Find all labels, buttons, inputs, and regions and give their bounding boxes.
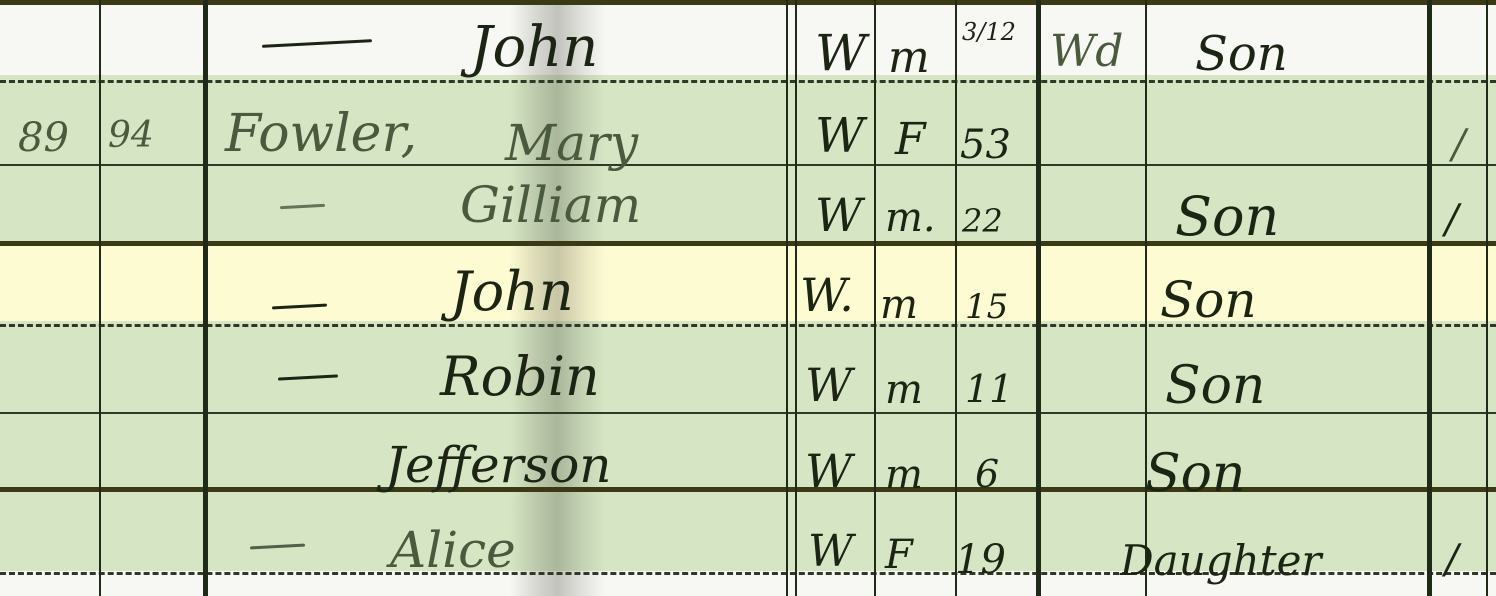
given-name: John [450, 265, 574, 319]
col-rule [99, 0, 101, 596]
col-rule-thick [1427, 0, 1432, 596]
relation: Son [1175, 190, 1279, 244]
tally-mark: / [1445, 540, 1458, 580]
ditto-mark [262, 39, 372, 48]
dwelling-number: 89 [18, 118, 69, 158]
age: 15 [965, 290, 1008, 324]
race: W [808, 530, 853, 574]
rule [0, 412, 1496, 414]
rule-thick [0, 487, 1496, 492]
sex: m. [885, 198, 936, 238]
col-rule [874, 0, 876, 596]
relation: Son [1145, 448, 1245, 500]
rule [0, 164, 1496, 166]
relation: Son [1165, 360, 1265, 412]
given-name: Alice [390, 525, 516, 575]
age: 22 [962, 205, 1003, 237]
tally-mark: / [1445, 200, 1458, 240]
rule-top [0, 0, 1496, 5]
selected-row-highlight [0, 245, 1496, 321]
marital: Wd [1050, 30, 1123, 74]
relation: Son [1160, 275, 1257, 325]
race: W [815, 192, 862, 238]
col-rule [795, 0, 797, 596]
col-rule-thick [1036, 0, 1041, 596]
family-number: 94 [108, 118, 154, 154]
census-page: John W m 3/12 Wd Son 89 94 Fowler, Mary … [0, 0, 1496, 596]
given-name: John [470, 20, 598, 76]
sex: m [885, 455, 923, 495]
sex: m [885, 370, 923, 410]
tally-mark: / [1452, 125, 1465, 165]
race: W [805, 448, 852, 494]
age: 53 [960, 125, 1011, 165]
given-name: Mary [505, 118, 638, 168]
sex: m [888, 36, 930, 80]
relation: Daughter [1120, 540, 1322, 582]
sex: F [885, 535, 913, 575]
age: 3/12 [962, 20, 1016, 44]
race: W [815, 28, 866, 78]
rule-dashed [0, 324, 1496, 327]
age: 19 [955, 540, 1006, 580]
col-rule [1145, 0, 1147, 596]
given-name: Robin [440, 350, 600, 404]
sex: m [880, 285, 918, 325]
given-name: Jefferson [385, 440, 612, 490]
surname: Fowler, [225, 108, 417, 160]
race: W [815, 112, 864, 160]
age: 6 [975, 455, 999, 493]
age: 11 [965, 370, 1013, 408]
family-highlight-bottom [0, 321, 1496, 571]
col-rule [1486, 0, 1488, 596]
col-rule [955, 0, 957, 596]
col-rule [786, 0, 788, 596]
col-rule-thick [203, 0, 208, 596]
race: W. [800, 272, 854, 318]
given-name: Gilliam [460, 180, 641, 230]
race: W [805, 362, 852, 408]
sex: F [895, 118, 926, 162]
relation: Son [1195, 30, 1288, 78]
